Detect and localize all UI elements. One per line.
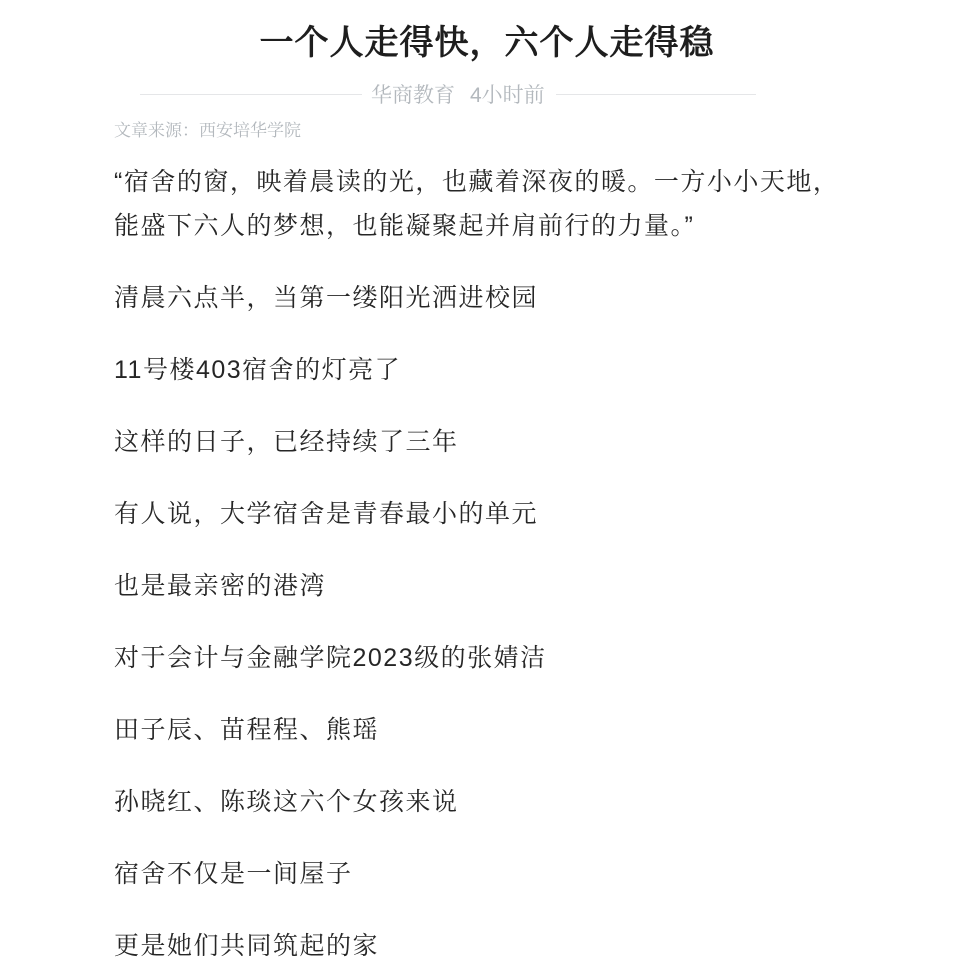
article-body: “宿舍的窗，映着晨读的光，也藏着深夜的暖。一方小小天地，能盛下六人的梦想，也能凝… (114, 160, 860, 961)
source-label: 文章来源： (114, 121, 199, 140)
paragraph: 孙晓红、陈琰这六个女孩来说 (114, 780, 860, 824)
paragraph: 宿舍不仅是一间屋子 (114, 852, 860, 896)
byline-divider-right (556, 94, 756, 95)
article-page: 一个人走得快，六个人走得稳 华商教育 4小时前 文章来源：西安培华学院 “宿舍的… (0, 0, 972, 961)
byline-author: 华商教育 (371, 79, 455, 109)
article-source: 文章来源：西安培华学院 (114, 119, 860, 143)
paragraph: 11号楼403宿舍的灯亮了 (114, 348, 860, 392)
source-name: 西安培华学院 (199, 121, 301, 140)
byline-time: 4小时前 (470, 79, 545, 109)
paragraph: 也是最亲密的港湾 (114, 564, 860, 608)
paragraph: 田子辰、苗程程、熊瑶 (114, 708, 860, 752)
paragraph: 清晨六点半，当第一缕阳光洒进校园 (114, 276, 860, 320)
article-title: 一个人走得快，六个人走得稳 (114, 19, 860, 67)
paragraph: 有人说，大学宿舍是青春最小的单元 (114, 492, 860, 536)
paragraph: 这样的日子，已经持续了三年 (114, 420, 860, 464)
byline-divider-left (140, 94, 362, 95)
article-container: 一个人走得快，六个人走得稳 华商教育 4小时前 文章来源：西安培华学院 “宿舍的… (0, 19, 972, 961)
byline: 华商教育 4小时前 (140, 82, 860, 106)
paragraph: “宿舍的窗，映着晨读的光，也藏着深夜的暖。一方小小天地，能盛下六人的梦想，也能凝… (114, 160, 860, 248)
paragraph: 对于会计与金融学院2023级的张婧洁 (114, 636, 860, 680)
paragraph: 更是她们共同筑起的家 (114, 924, 860, 961)
